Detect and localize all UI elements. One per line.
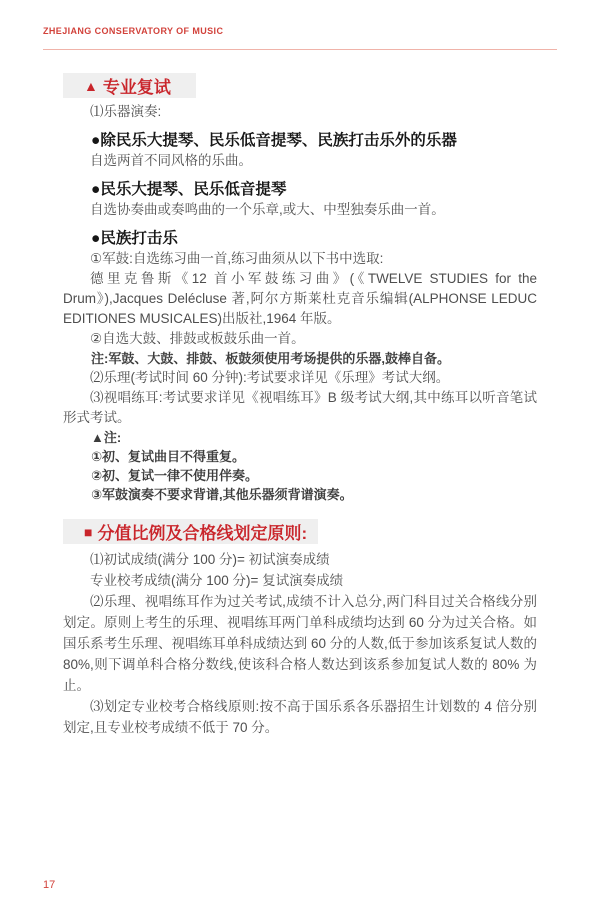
page-number: 17	[43, 879, 55, 891]
section-heading-score-ratio-rules: ■ 分值比例及合格线划定原则:	[63, 519, 318, 544]
paragraph: ①军鼓:自选练习曲一首,练习曲须从以下书中选取:	[63, 249, 537, 269]
paragraph: ⑶视唱练耳:考试要求详见《视唱练耳》B 级考试大纲,其中练耳以听音笔试形式考试。	[63, 388, 537, 428]
section-title: 专业复试	[103, 73, 171, 98]
note-heading: ▲注:	[63, 428, 537, 447]
note-line: 注:军鼓、大鼓、排鼓、板鼓须使用考场提供的乐器,鼓棒自备。	[63, 349, 537, 368]
note-line: ②初、复试一律不使用伴奏。	[63, 466, 537, 485]
content-column: ▲ 专业复试 ⑴乐器演奏: ●除民乐大提琴、民乐低音提琴、民族打击乐外的乐器 自…	[63, 73, 537, 738]
note-line: ①初、复试曲目不得重复。	[63, 447, 537, 466]
paragraph: ⑵乐理(考试时间 60 分钟):考试要求详见《乐理》考试大纲。	[63, 368, 537, 388]
paragraph: ⑶划定专业校考合格线原则:按不高于国乐系各乐器招生计划数的 4 倍分别划定,且专…	[63, 696, 537, 738]
paragraph: ②自选大鼓、排鼓或板鼓乐曲一首。	[63, 329, 537, 349]
paragraph: ⑴初试成绩(满分 100 分)= 初试演奏成绩	[63, 549, 537, 570]
paragraph: 专业校考成绩(满分 100 分)= 复试演奏成绩	[63, 570, 537, 591]
paragraph: ⑵乐理、视唱练耳作为过关考试,成绩不计入总分,两门科目过关合格线分别划定。原则上…	[63, 591, 537, 696]
triangle-icon: ▲	[84, 79, 98, 93]
section-professional-retest: ⑴乐器演奏: ●除民乐大提琴、民乐低音提琴、民族打击乐外的乐器 自选两首不同风格…	[63, 102, 537, 504]
note-line: ③军鼓演奏不要求背谱,其他乐器须背谱演奏。	[63, 485, 537, 504]
paragraph: 自选协奏曲或奏鸣曲的一个乐章,或大、中型独奏乐曲一首。	[63, 200, 537, 220]
section-heading-professional-retest: ▲ 专业复试	[63, 73, 196, 98]
paragraph: 德里克鲁斯《12 首小军鼓练习曲》(《TWELVE STUDIES for th…	[63, 269, 537, 329]
square-icon: ■	[84, 525, 92, 539]
page-header: ZHEJIANG CONSERVATORY OF MUSIC	[43, 26, 557, 50]
header-divider	[43, 49, 557, 50]
bullet-heading: ●除民乐大提琴、民乐低音提琴、民族打击乐外的乐器	[63, 130, 537, 151]
bullet-heading: ●民乐大提琴、民乐低音提琴	[63, 179, 537, 200]
section-title: 分值比例及合格线划定原则:	[97, 519, 307, 544]
bullet-heading: ●民族打击乐	[63, 228, 537, 249]
document-page: ZHEJIANG CONSERVATORY OF MUSIC ▲ 专业复试 ⑴乐…	[0, 0, 600, 923]
brand-text: ZHEJIANG CONSERVATORY OF MUSIC	[43, 26, 557, 36]
section-score-ratio-rules: ⑴初试成绩(满分 100 分)= 初试演奏成绩 专业校考成绩(满分 100 分)…	[63, 549, 537, 738]
paragraph: 自选两首不同风格的乐曲。	[63, 151, 537, 171]
paragraph: ⑴乐器演奏:	[63, 102, 537, 122]
